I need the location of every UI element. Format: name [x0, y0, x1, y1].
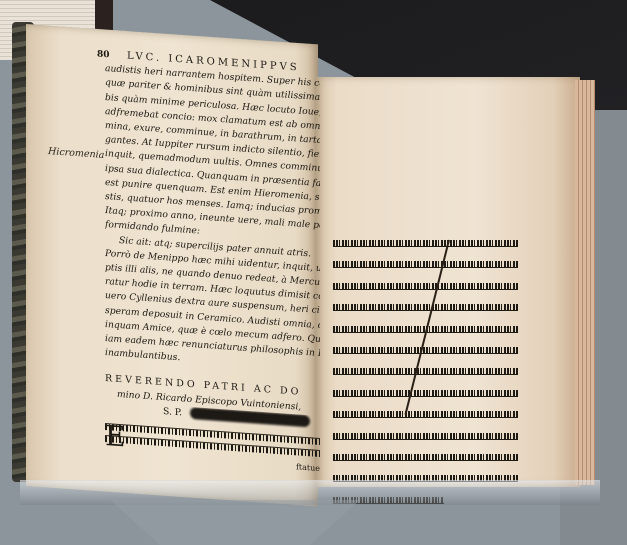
handwritten-line: [333, 368, 518, 375]
book-fore-edge: [575, 80, 595, 485]
handwritten-struck-text: [333, 240, 518, 518]
handwritten-line: [333, 411, 518, 418]
handwritten-line: [333, 433, 518, 440]
handwritten-line: [333, 390, 518, 397]
left-page-text: 80 LVC. ICAROMENIPPVS audistis heri narr…: [105, 48, 320, 476]
handwritten-line: [333, 304, 518, 311]
handwritten-line: [333, 240, 518, 247]
drop-cap: E: [105, 423, 125, 450]
page-number: 80: [97, 47, 110, 62]
handwritten-line: [333, 283, 518, 290]
handwritten-line: [333, 347, 518, 354]
handwritten-line: [333, 454, 518, 461]
handwritten-line: [333, 261, 518, 268]
